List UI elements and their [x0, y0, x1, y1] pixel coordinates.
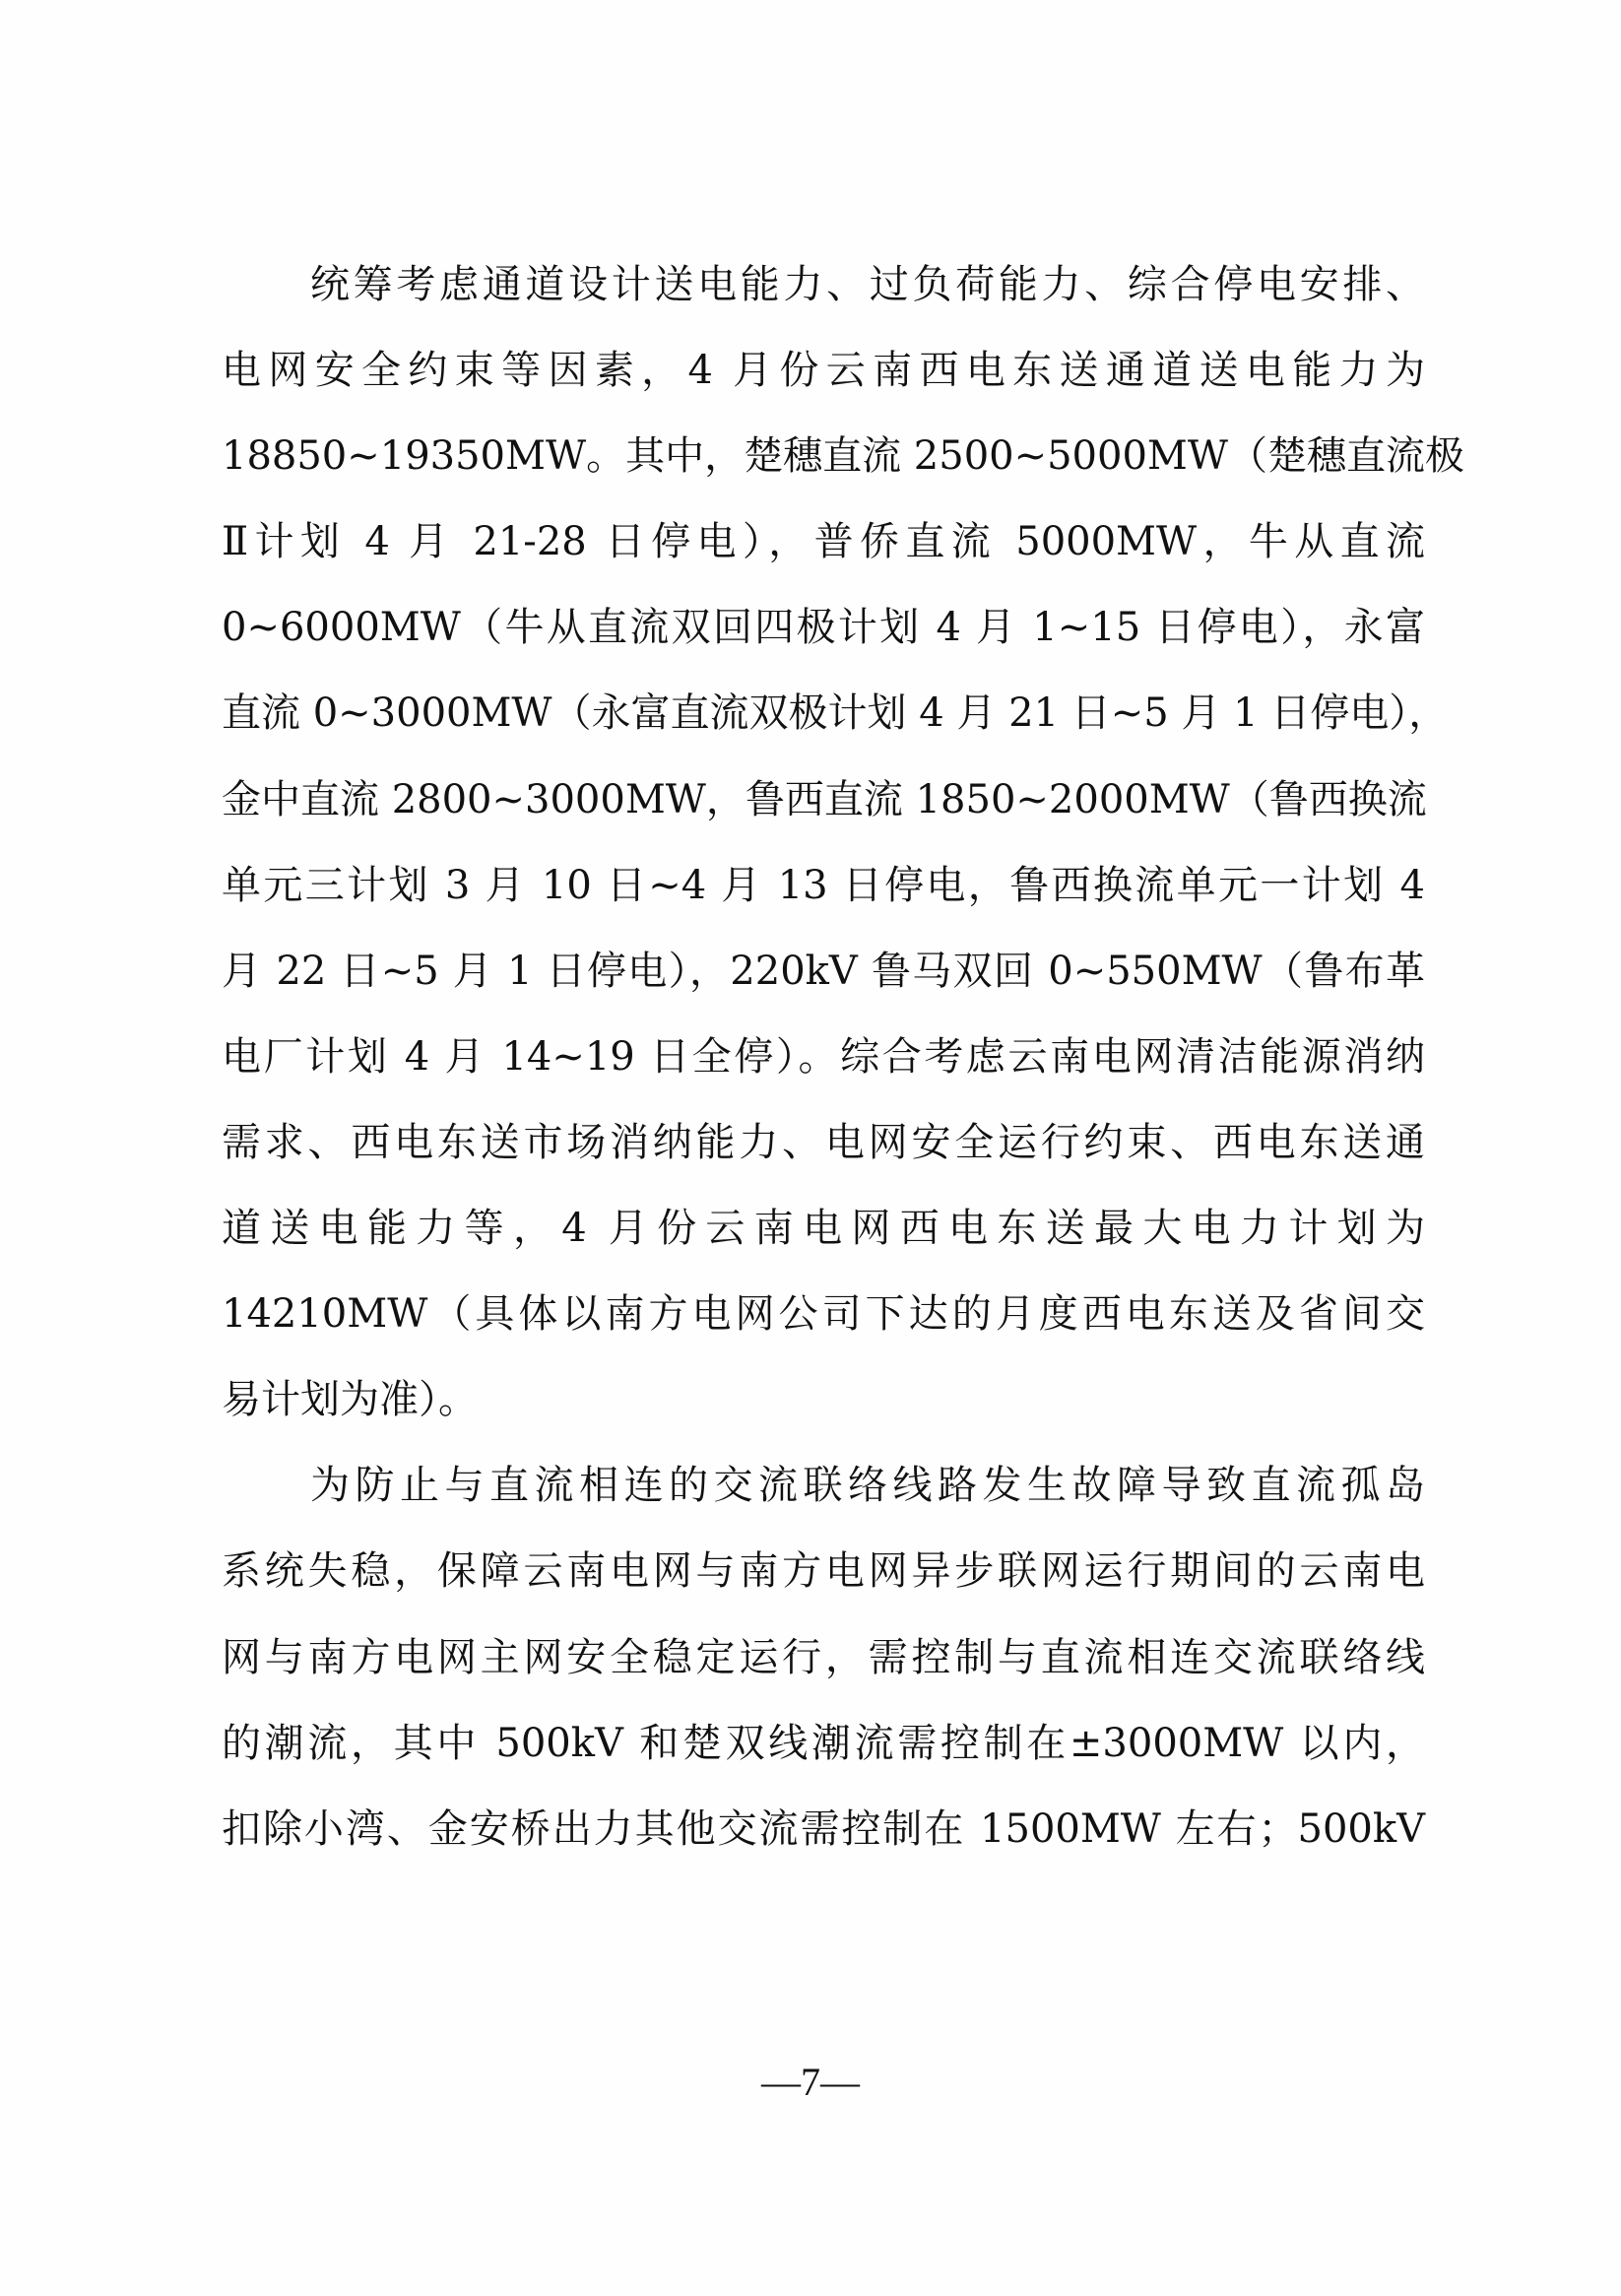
paragraph-1-line-12: 道送电能力等，4 月份云南电网西电东送最大电力计划为	[222, 1186, 1425, 1272]
paragraph-2-line-3: 网与南方电网主网安全稳定运行，需控制与直流相连交流联络线	[222, 1615, 1425, 1701]
paragraph-1-line-2: 电网安全约束等因素，4 月份云南西电东送通道送电能力为	[222, 328, 1425, 414]
body-text: 统筹考虑通道设计送电能力、过负荷能力、综合停电安排、 电网安全约束等因素，4 月…	[222, 242, 1425, 1872]
paragraph-1-line-7: 金中直流 2800~3000MW，鲁西直流 1850~2000MW（鲁西换流	[222, 757, 1425, 843]
paragraph-1-line-5: 0~6000MW（牛从直流双回四极计划 4 月 1~15 日停电），永富	[222, 585, 1425, 671]
paragraph-1-line-4: Ⅱ计划 4 月 21-28 日停电），普侨直流 5000MW，牛从直流	[222, 499, 1425, 585]
paragraph-1-line-9: 月 22 日~5 月 1 日停电），220kV 鲁马双回 0~550MW（鲁布革	[222, 929, 1425, 1015]
paragraph-1-line-8: 单元三计划 3 月 10 日~4 月 13 日停电，鲁西换流单元一计划 4	[222, 843, 1425, 929]
paragraph-1-line-11: 需求、西电东送市场消纳能力、电网安全运行约束、西电东送通	[222, 1100, 1425, 1186]
paragraph-1-line-13: 14210MW（具体以南方电网公司下达的月度西电东送及省间交	[222, 1272, 1425, 1357]
document-page: 统筹考虑通道设计送电能力、过负荷能力、综合停电安排、 电网安全约束等因素，4 月…	[0, 0, 1621, 2296]
paragraph-1-line-10: 电厂计划 4 月 14~19 日全停）。综合考虑云南电网清洁能源消纳	[222, 1015, 1425, 1100]
paragraph-2-line-4: 的潮流，其中 500kV 和楚双线潮流需控制在±3000MW 以内，	[222, 1701, 1425, 1787]
paragraph-1-line-3: 18850~19350MW。其中，楚穗直流 2500~5000MW（楚穗直流极	[222, 414, 1425, 499]
paragraph-1-line-14: 易计划为准）。	[222, 1357, 1425, 1443]
paragraph-2-line-1: 为防止与直流相连的交流联络线路发生故障导致直流孤岛	[222, 1443, 1425, 1529]
paragraph-1-line-1: 统筹考虑通道设计送电能力、过负荷能力、综合停电安排、	[222, 242, 1425, 328]
page-number: —7—	[0, 2059, 1621, 2105]
paragraph-2-line-5: 扣除小湾、金安桥出力其他交流需控制在 1500MW 左右；500kV	[222, 1787, 1425, 1872]
paragraph-1-line-6: 直流 0~3000MW（永富直流双极计划 4 月 21 日~5 月 1 日停电）…	[222, 671, 1425, 756]
paragraph-2-line-2: 系统失稳，保障云南电网与南方电网异步联网运行期间的云南电	[222, 1529, 1425, 1614]
